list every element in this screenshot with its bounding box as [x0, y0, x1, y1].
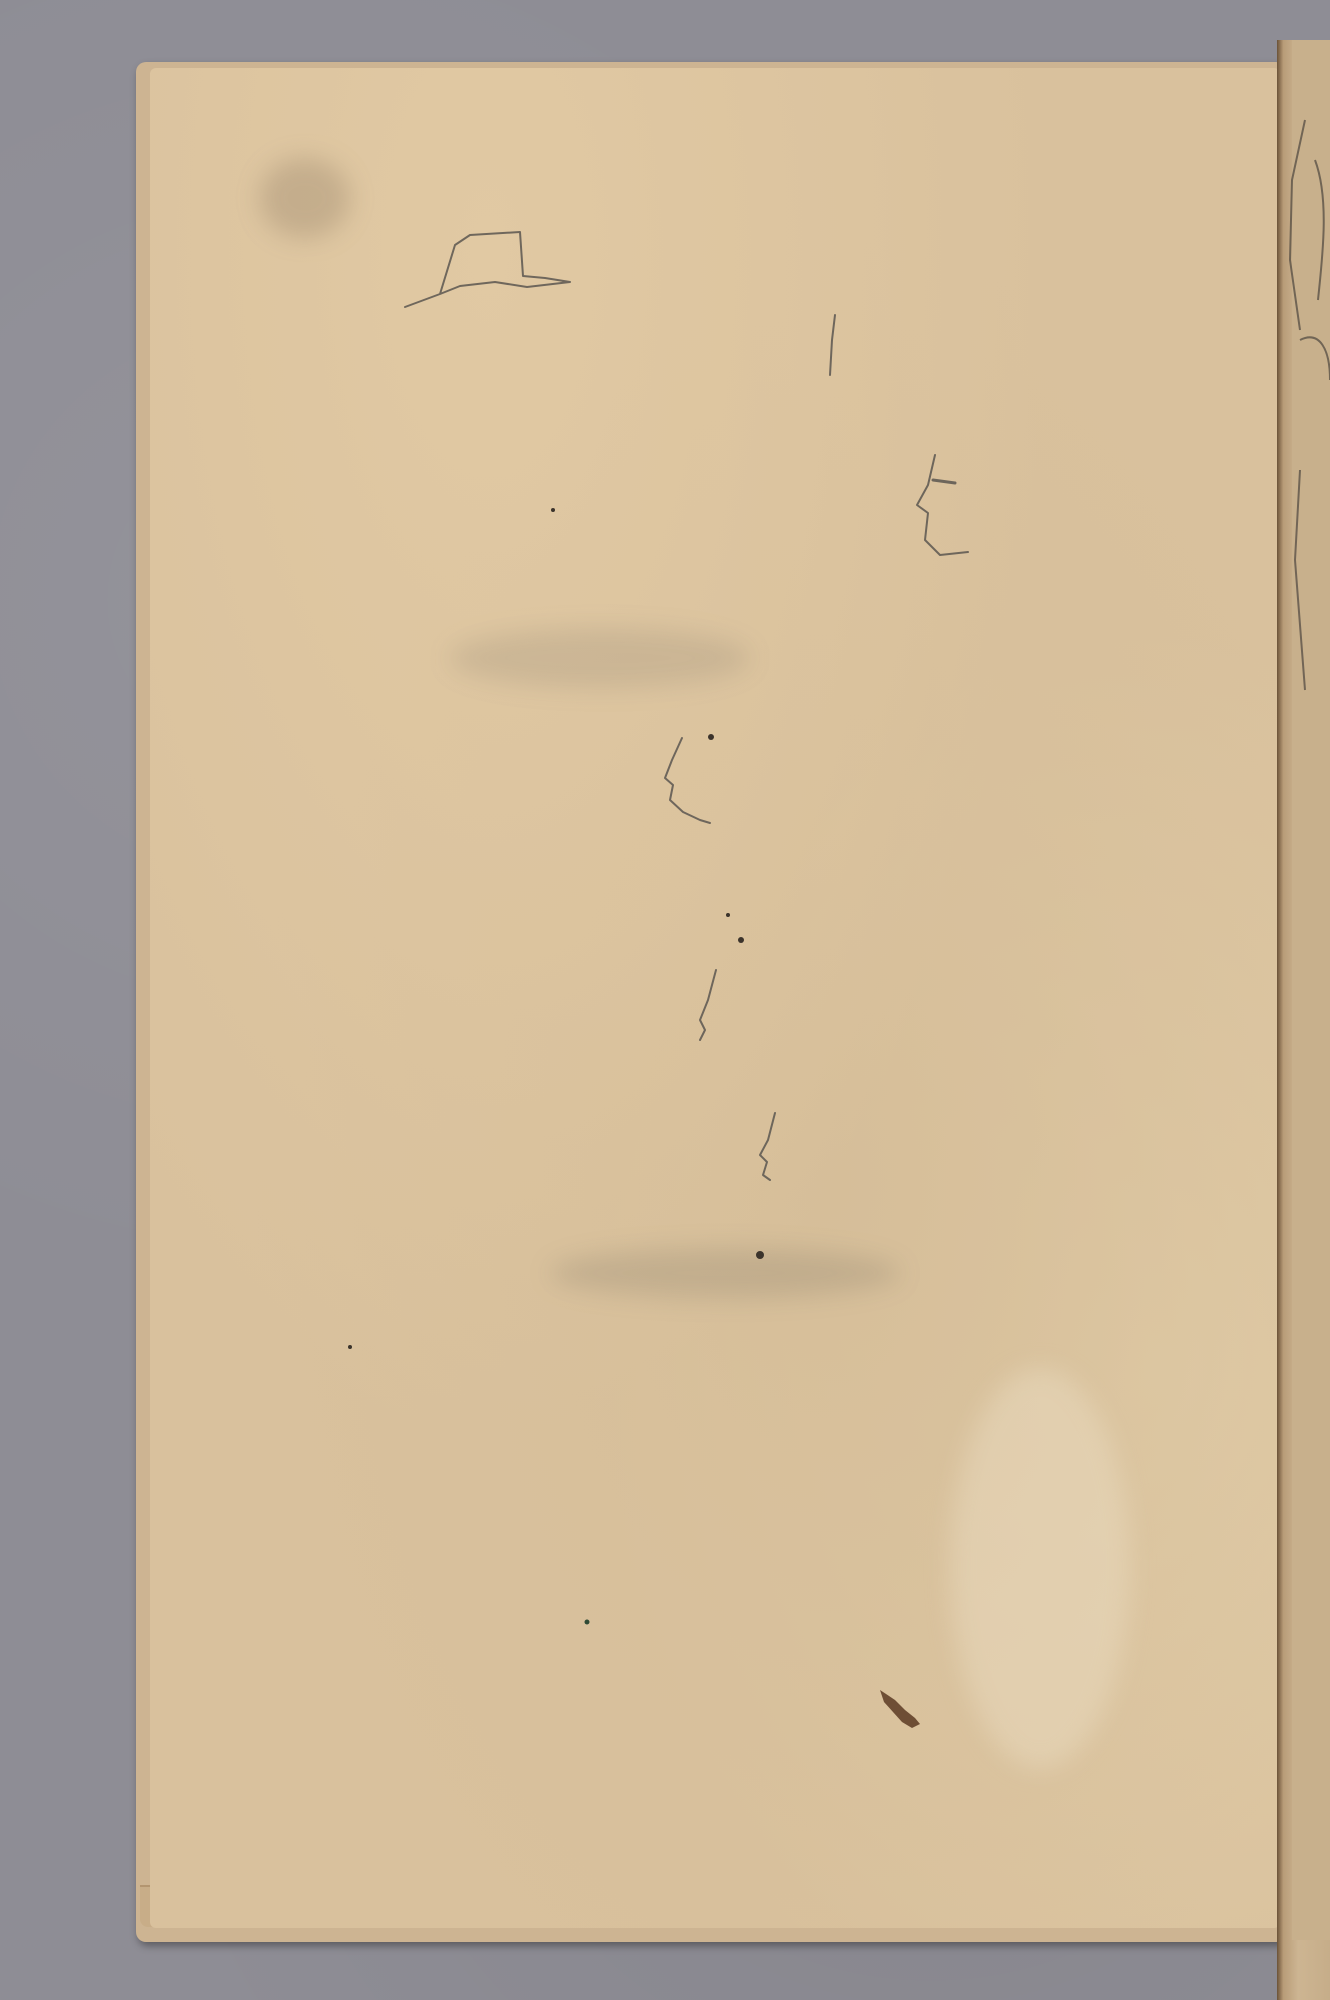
pencil-sketches	[0, 0, 1330, 2000]
ink-stain	[880, 1690, 920, 1728]
profile-face-2	[665, 738, 710, 823]
profile-face-3	[700, 970, 716, 1040]
hat-sketch	[405, 232, 570, 307]
profile-face-1	[917, 455, 968, 555]
profile-face-4	[760, 1113, 775, 1180]
stroke-mark	[830, 315, 835, 375]
dots	[348, 508, 764, 1625]
facing-page-illustration	[1290, 120, 1330, 690]
